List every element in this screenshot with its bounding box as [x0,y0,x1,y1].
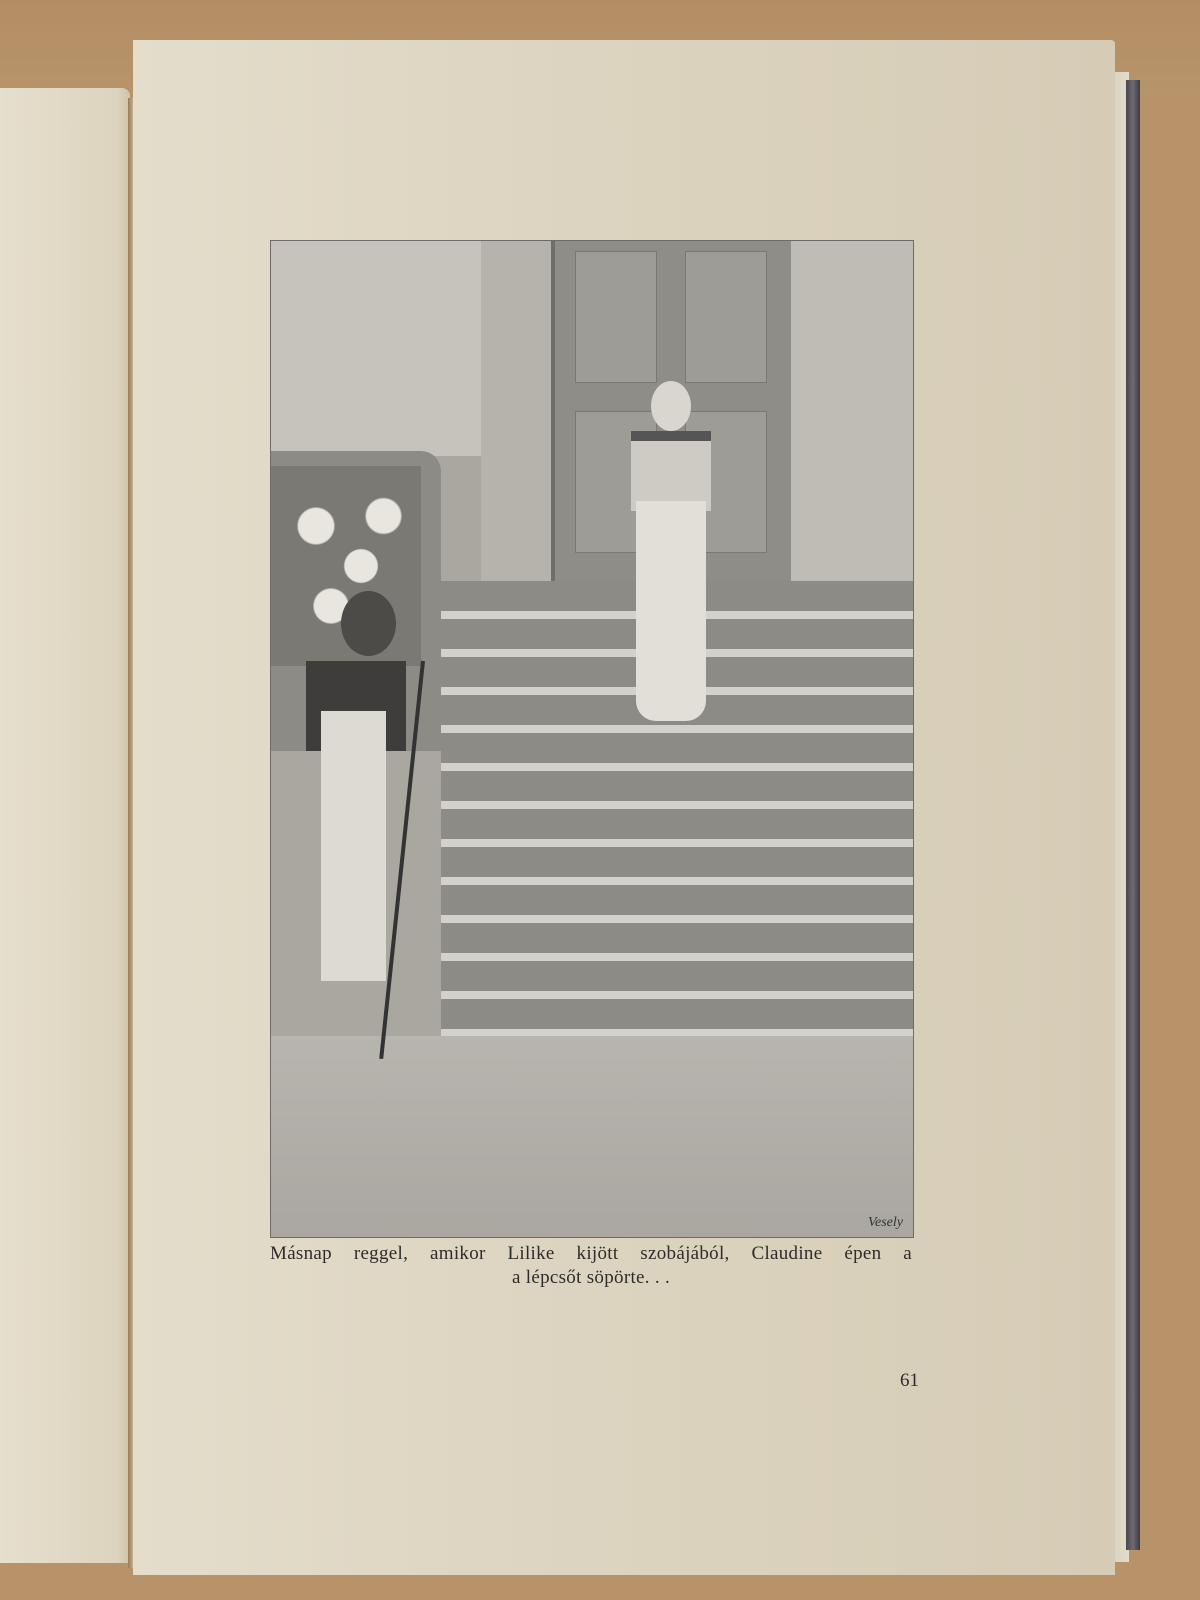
wall-right [791,241,913,581]
left-page [0,88,130,1563]
illustration: Vesely [270,240,914,1238]
caption-line-1: Másnap reggel, amikor Lilike kijött szob… [270,1243,912,1265]
woman-figure [616,381,726,721]
illustration-caption: Másnap reggel, amikor Lilike kijött szob… [270,1243,912,1289]
artist-signature: Vesely [868,1215,903,1231]
book-cover-edge [1126,80,1140,1550]
caption-line-2: a lépcsőt söpörte. . . [270,1267,912,1289]
page-number: 61 [900,1370,919,1392]
pillar [481,241,551,581]
